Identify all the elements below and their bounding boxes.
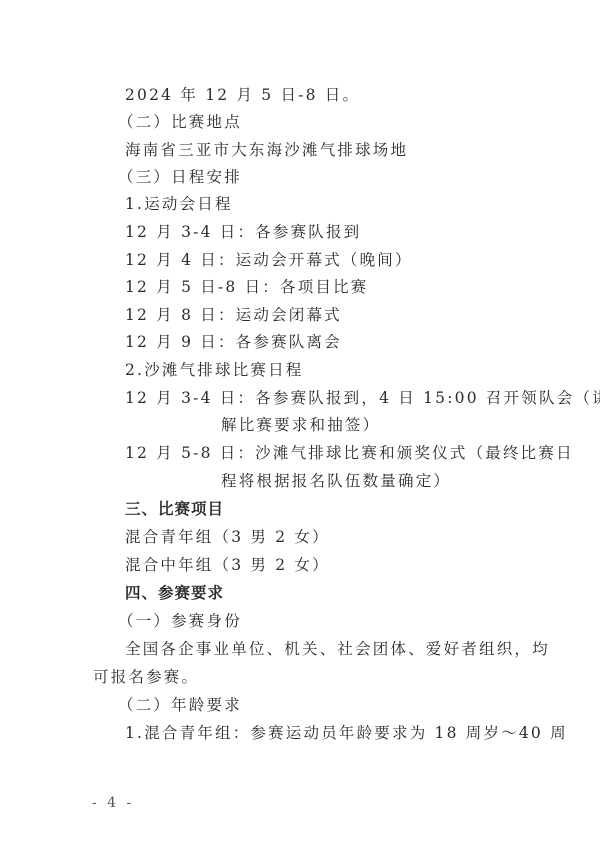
subheading-volleyball-schedule: 2.沙滩气排球比赛日程 [125, 360, 304, 380]
date-range-line: 2024 年 12 月 5 日-8 日。 [125, 85, 360, 105]
subheading-eligibility: （一）参赛身份 [118, 611, 242, 631]
section-heading-events: 三、比赛项目 [125, 499, 224, 519]
eligibility-text-continuation: 可报名参赛。 [93, 667, 199, 687]
eligibility-text: 全国各企事业单位、机关、社会团体、爱好者组织，均 [125, 639, 550, 659]
schedule-item: 12 月 5-8 日：沙滩气排球比赛和颁奖仪式（最终比赛日 [125, 443, 574, 463]
schedule-item: 12 月 4 日：运动会开幕式（晚间） [125, 250, 413, 270]
schedule-item: 12 月 9 日：各参赛队离会 [125, 332, 342, 352]
age-requirement-text: 1.混合青年组：参赛运动员年龄要求为 18 周岁～40 周 [125, 723, 568, 743]
schedule-item: 12 月 5 日-8 日：各项目比赛 [125, 277, 369, 297]
section-heading-schedule: （三）日程安排 [118, 167, 242, 187]
section-heading-requirements: 四、参赛要求 [125, 583, 224, 603]
subheading-games-schedule: 1.运动会日程 [125, 194, 233, 214]
event-item: 混合中年组（3 男 2 女） [125, 555, 330, 575]
venue-text: 海南省三亚市大东海沙滩气排球场地 [125, 140, 408, 160]
subheading-age: （二）年龄要求 [118, 695, 242, 715]
schedule-item-continuation: 程将根据报名队伍数量确定） [221, 471, 451, 491]
document-page: 2024 年 12 月 5 日-8 日。 （二）比赛地点 海南省三亚市大东海沙滩… [0, 0, 600, 847]
schedule-item: 12 月 3-4 日：各参赛队报到 [125, 222, 361, 242]
section-heading-venue: （二）比赛地点 [118, 112, 242, 132]
schedule-item: 12 月 8 日：运动会闭幕式 [125, 305, 342, 325]
event-item: 混合青年组（3 男 2 女） [125, 527, 330, 547]
schedule-item-continuation: 解比赛要求和抽签） [221, 415, 380, 435]
page-number: - 4 - [92, 795, 134, 811]
schedule-item: 12 月 3-4 日：各参赛队报到，4 日 15:00 召开领队会（讲 [125, 388, 600, 408]
